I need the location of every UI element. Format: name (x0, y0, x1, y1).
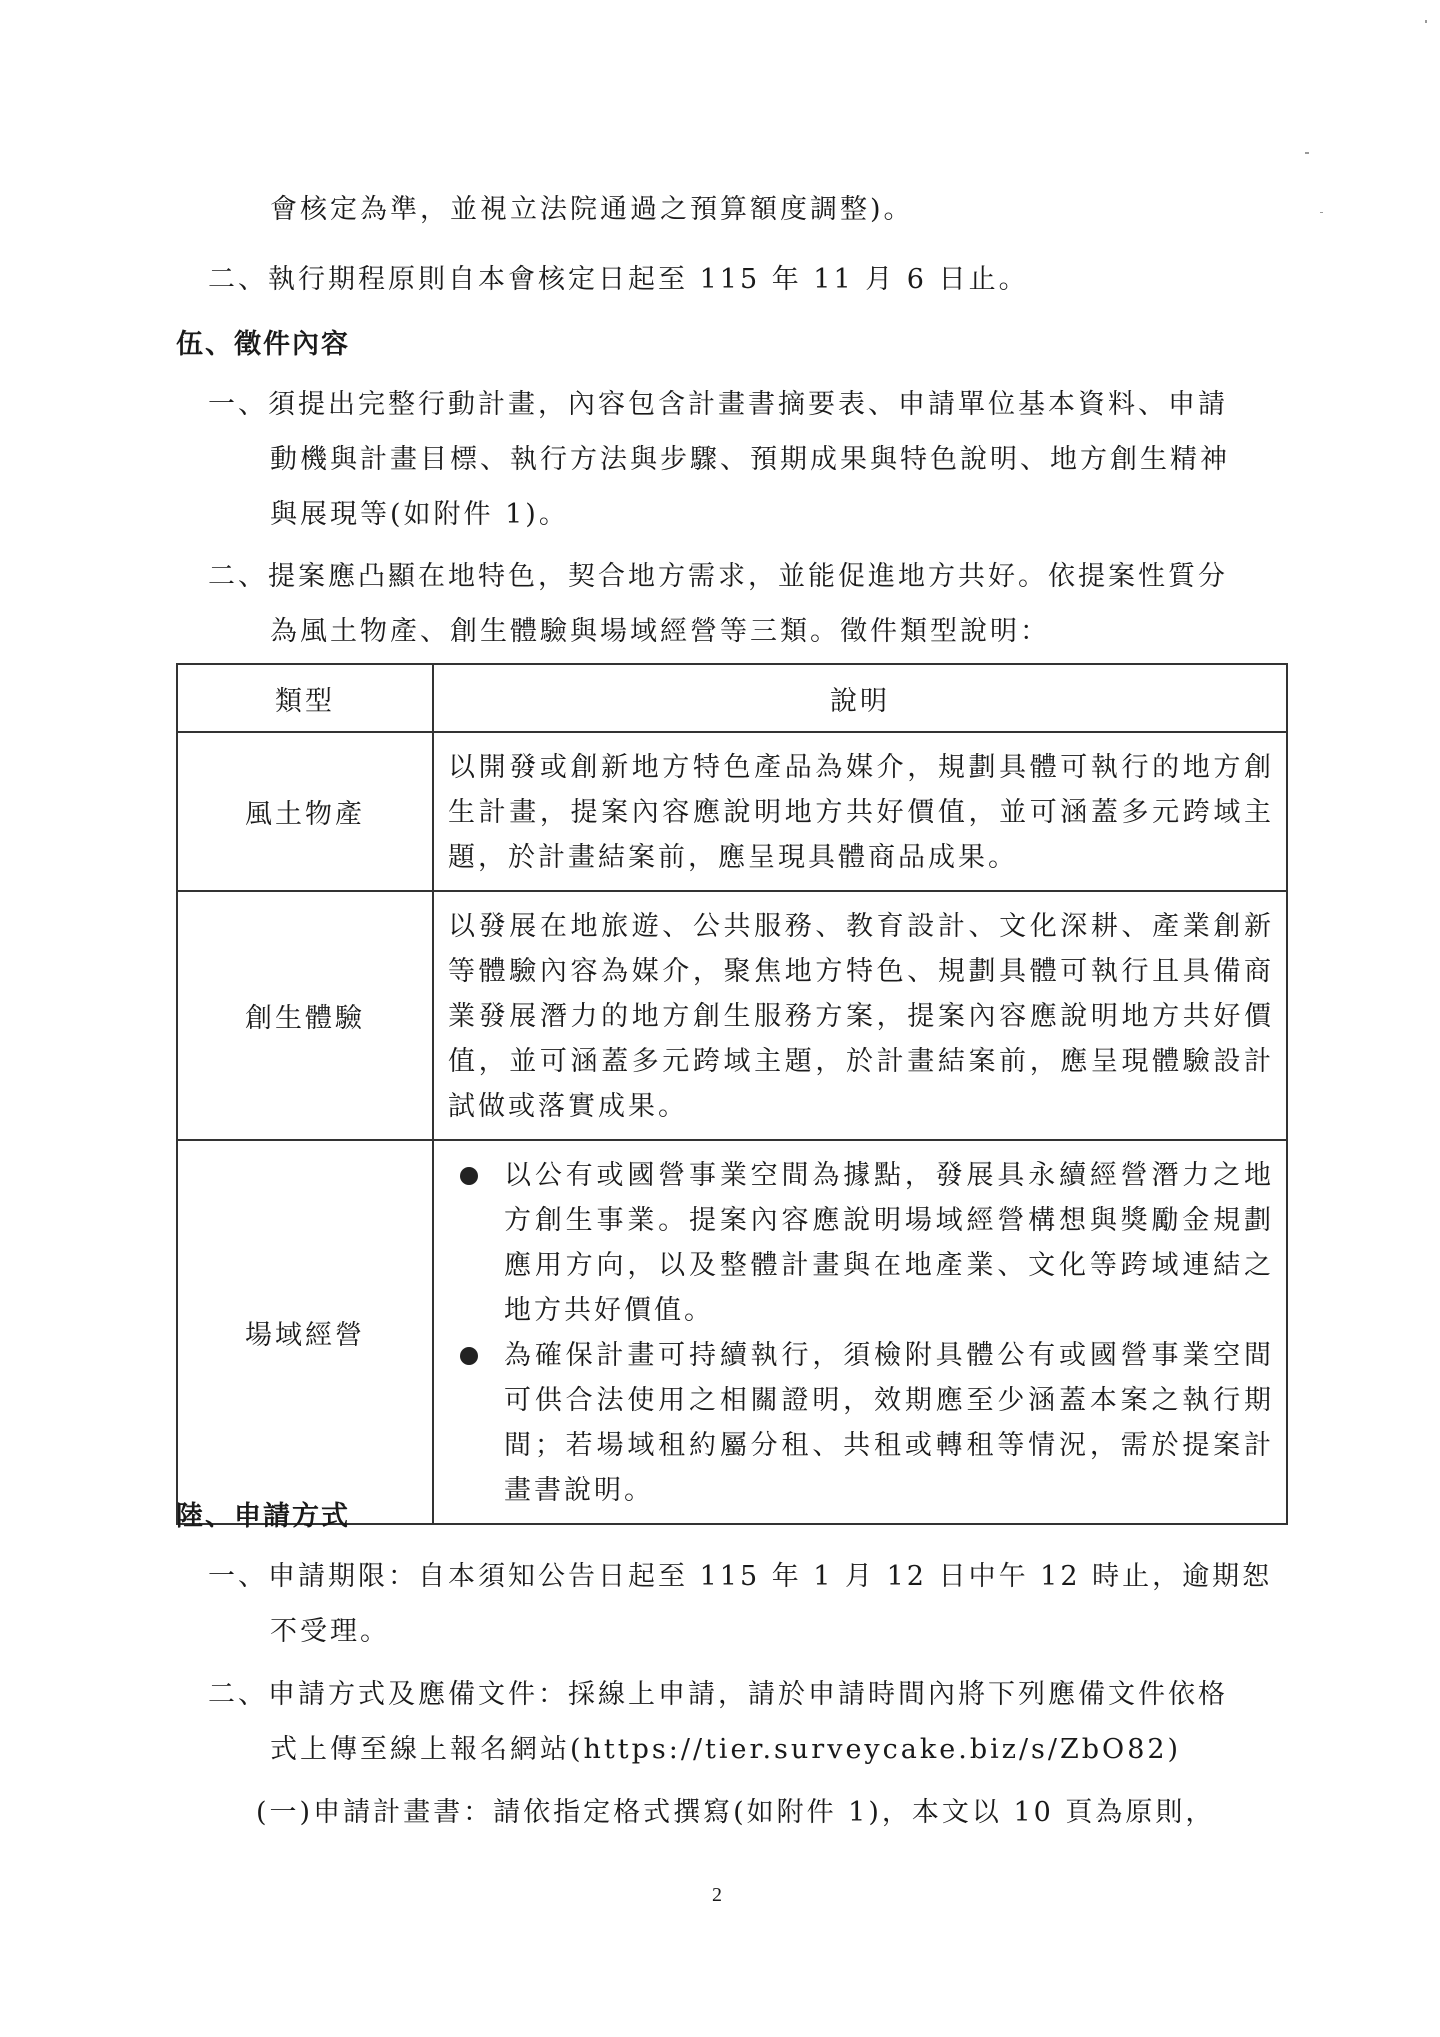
paragraph-line: 為風土物產、創生體驗與場域經營等三類。徵件類型說明： (270, 612, 1050, 652)
paragraph-line: 式上傳至線上報名網站(https://tier.surveycake.biz/s… (270, 1730, 1181, 1770)
scan-artifact (1305, 152, 1309, 154)
bullet-dot-icon (460, 1347, 478, 1365)
type-cell: 場域經營 (177, 1140, 433, 1524)
bullet-list: 以公有或國營事業空間為據點，發展具永續經營潛力之地方創生事業。提案內容應說明場域… (448, 1153, 1274, 1513)
paragraph-line: 與展現等(如附件 1)。 (270, 495, 569, 535)
paragraph-line: 不受理。 (270, 1612, 390, 1652)
description-cell: 以開發或創新地方特色產品為媒介，規劃具體可執行的地方創生計畫，提案內容應說明地方… (433, 732, 1287, 891)
description-cell: 以公有或國營事業空間為據點，發展具永續經營潛力之地方創生事業。提案內容應說明場域… (433, 1140, 1287, 1524)
scan-artifact (1425, 20, 1427, 23)
type-cell: 風土物產 (177, 732, 433, 891)
table-row: 風土物產 以開發或創新地方特色產品為媒介，規劃具體可執行的地方創生計畫，提案內容… (177, 732, 1287, 891)
header-type: 類型 (177, 664, 433, 732)
bullet-item: 以公有或國營事業空間為據點，發展具永續經營潛力之地方創生事業。提案內容應說明場域… (448, 1153, 1274, 1333)
paragraph-line: 動機與計畫目標、執行方法與步驟、預期成果與特色說明、地方創生精神 (270, 440, 1230, 480)
bullet-item: 為確保計畫可持續執行，須檢附具體公有或國營事業空間可供合法使用之相關證明，效期應… (448, 1333, 1274, 1513)
document-page: 會核定為準，並視立法院通過之預算額度調整)。 二、執行期程原則自本會核定日起至 … (0, 0, 1440, 2037)
paragraph-line: (一)申請計畫書：請依指定格式撰寫(如附件 1)，本文以 10 頁為原則， (256, 1793, 1215, 1833)
header-description: 說明 (433, 664, 1287, 732)
bullet-dot-icon (460, 1167, 478, 1185)
description-cell: 以發展在地旅遊、公共服務、教育設計、文化深耕、產業創新等體驗內容為媒介，聚焦地方… (433, 891, 1287, 1140)
paragraph-line: 會核定為準，並視立法院通過之預算額度調整)。 (270, 190, 914, 230)
category-table: 類型 說明 風土物產 以開發或創新地方特色產品為媒介，規劃具體可執行的地方創生計… (176, 663, 1288, 1525)
type-cell: 創生體驗 (177, 891, 433, 1140)
paragraph-line: 二、執行期程原則自本會核定日起至 115 年 11 月 6 日止。 (208, 260, 1029, 300)
paragraph-line: 二、申請方式及應備文件：採線上申請，請於申請時間內將下列應備文件依格 (208, 1675, 1228, 1715)
table-row: 創生體驗 以發展在地旅遊、公共服務、教育設計、文化深耕、產業創新等體驗內容為媒介… (177, 891, 1287, 1140)
section-heading: 伍、徵件內容 (176, 325, 350, 365)
paragraph-line: 二、提案應凸顯在地特色，契合地方需求，並能促進地方共好。依提案性質分 (208, 557, 1228, 597)
scan-artifact (1320, 212, 1323, 213)
paragraph-line: 一、申請期限：自本須知公告日起至 115 年 1 月 12 日中午 12 時止，… (208, 1557, 1272, 1597)
table-row: 場域經營 以公有或國營事業空間為據點，發展具永續經營潛力之地方創生事業。提案內容… (177, 1140, 1287, 1524)
section-heading: 陸、申請方式 (176, 1497, 350, 1537)
paragraph-line: 一、須提出完整行動計畫，內容包含計畫書摘要表、申請單位基本資料、申請 (208, 385, 1228, 425)
page-number: 2 (712, 1884, 722, 1907)
bullet-text: 以公有或國營事業空間為據點，發展具永續經營潛力之地方創生事業。提案內容應說明場域… (504, 1160, 1274, 1326)
bullet-text: 為確保計畫可持續執行，須檢附具體公有或國營事業空間可供合法使用之相關證明，效期應… (504, 1340, 1274, 1506)
table-header-row: 類型 說明 (177, 664, 1287, 732)
